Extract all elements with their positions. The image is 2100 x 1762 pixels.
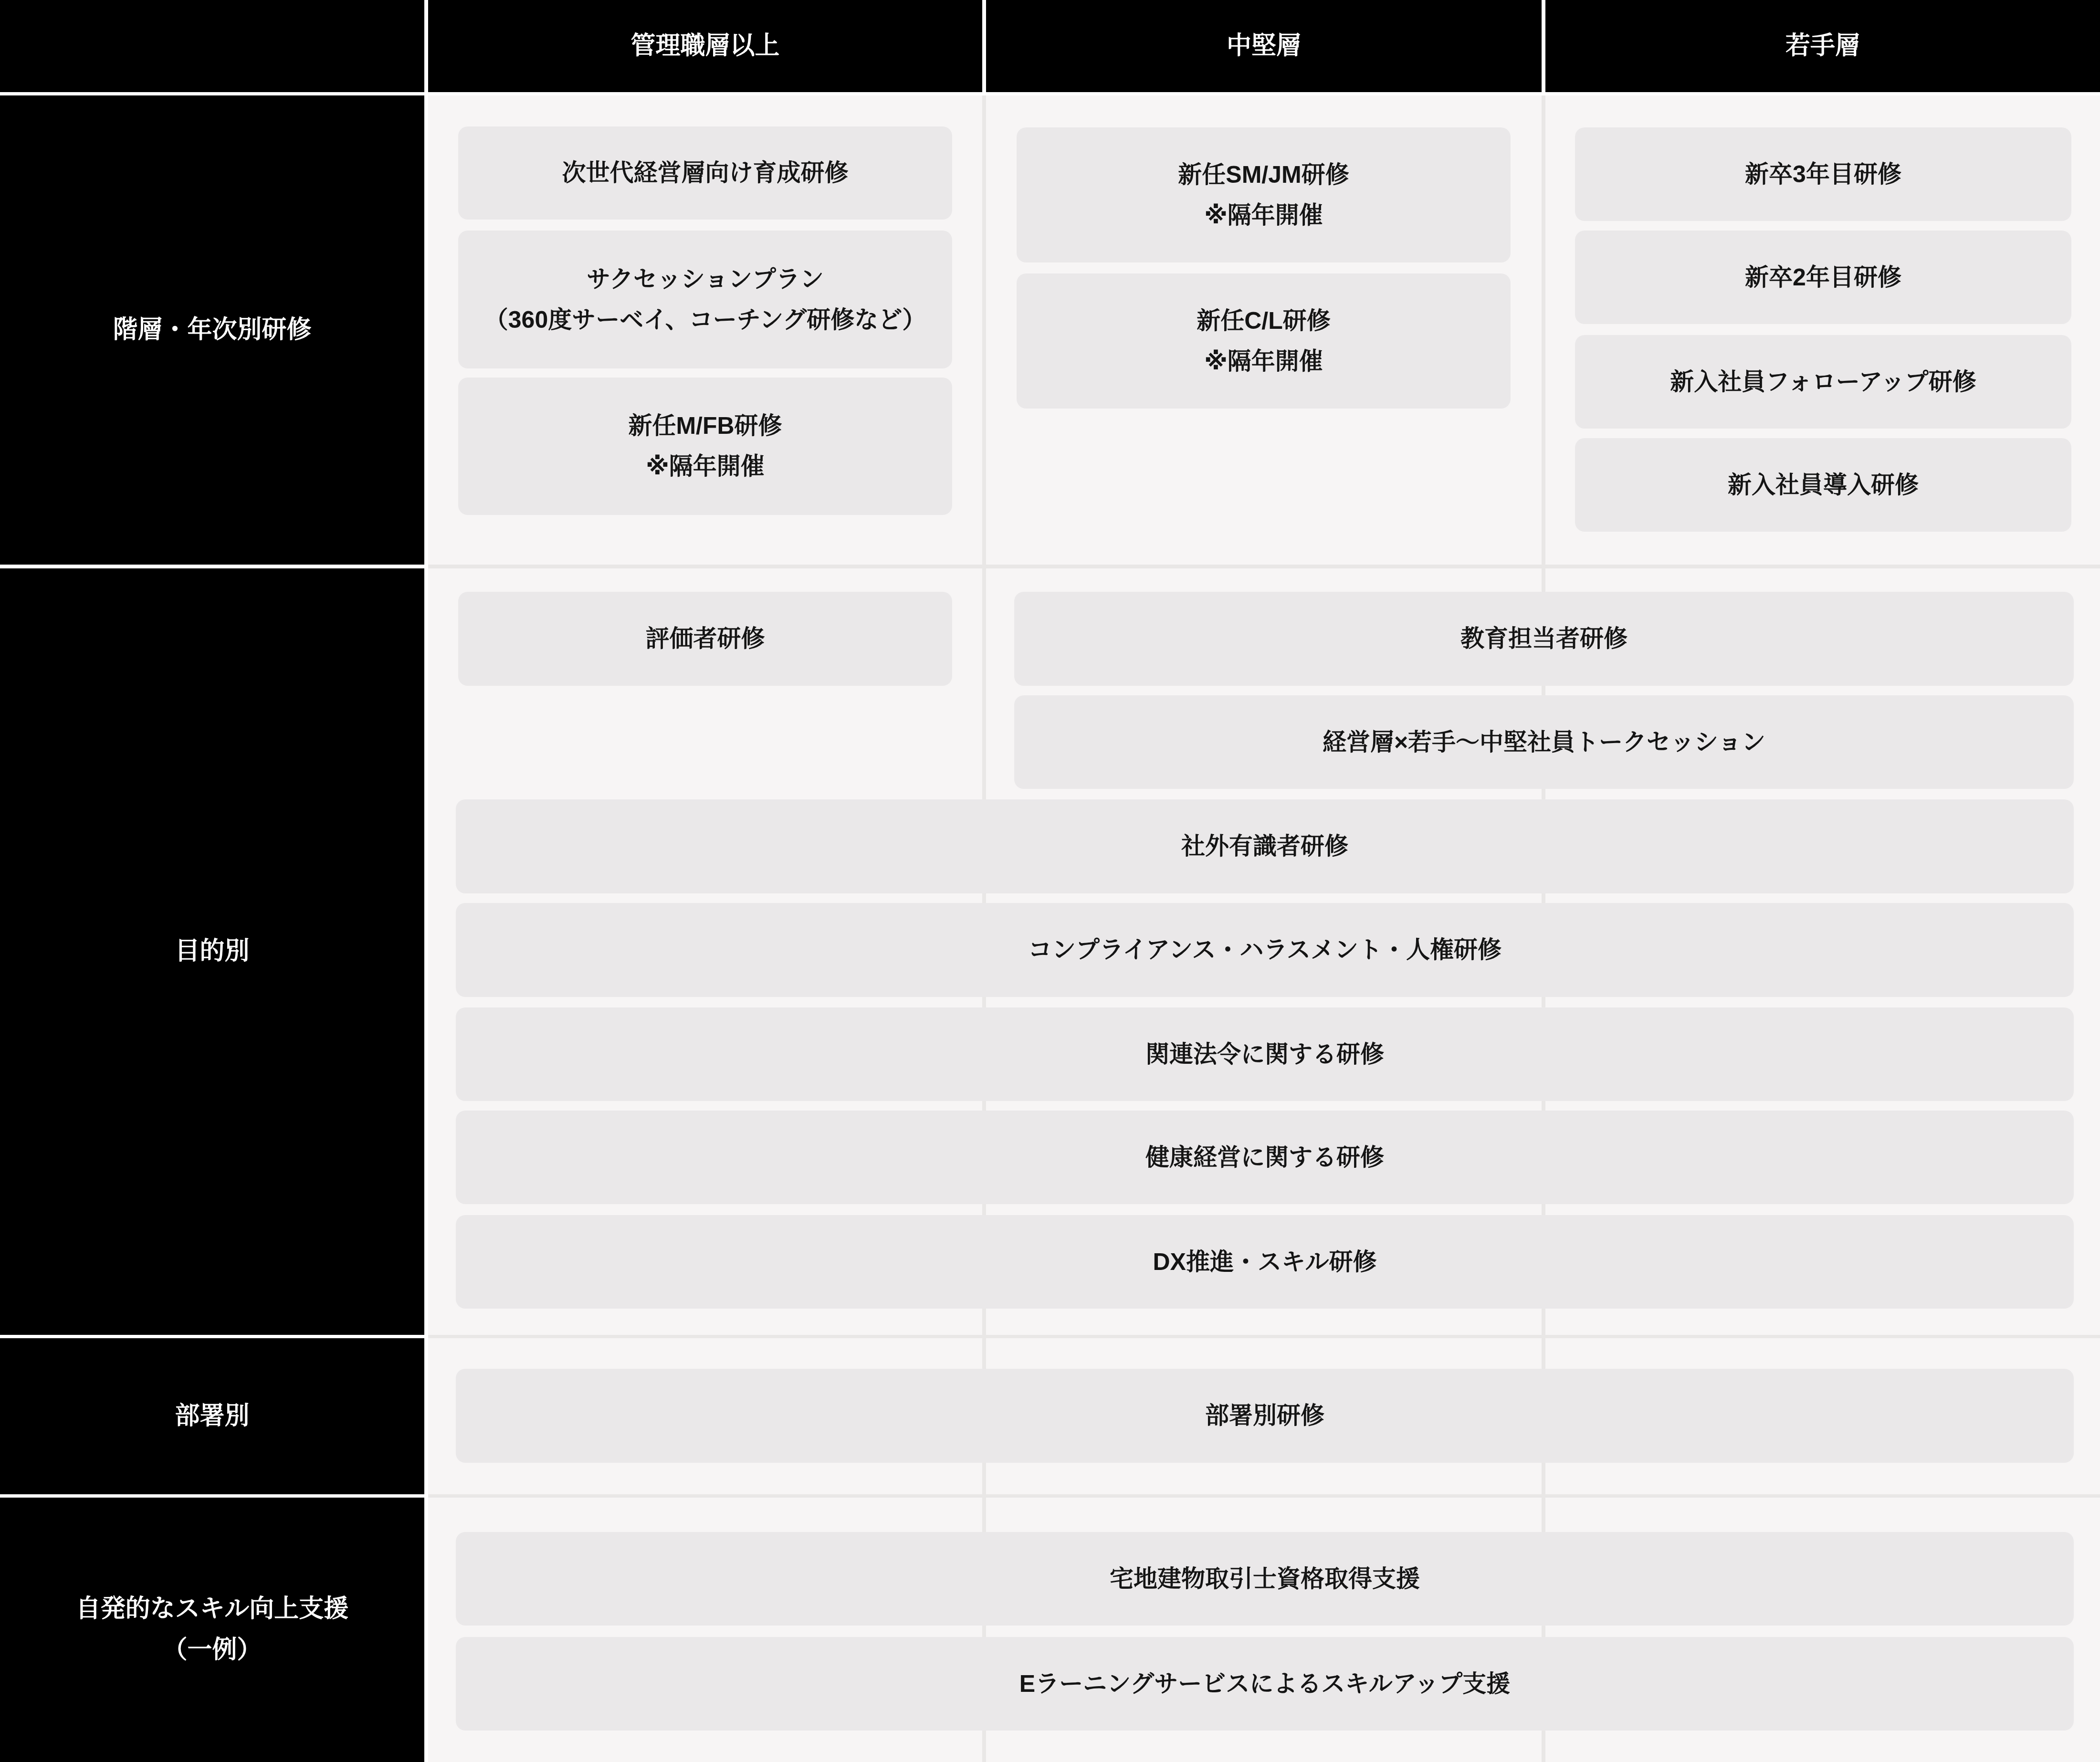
cell-text: 社外有識者研修 <box>1181 826 1348 867</box>
cell-dx-skill-training: DX推進・スキル研修 <box>456 1215 2074 1309</box>
column-header-management-label: 管理職層以上 <box>630 26 779 67</box>
cell-new-c-l-training: 新任C/L研修 ※隔年開催 <box>1017 273 1511 409</box>
cell-text: サクセッションプラン <box>587 259 824 300</box>
cell-text: コンプライアンス・ハラスメント・人権研修 <box>1028 930 1501 970</box>
cell-text: 新任SM/JM研修 <box>1178 155 1349 195</box>
cell-educator-training: 教育担当者研修 <box>1014 592 2074 686</box>
row-label-department-text: 部署別 <box>175 1396 249 1437</box>
cell-text: 新任M/FB研修 <box>628 406 782 446</box>
cell-text: 次世代経営層向け育成研修 <box>562 153 849 193</box>
cell-new-sm-jm-training: 新任SM/JM研修 ※隔年開催 <box>1017 127 1511 262</box>
cell-grad-year2-training: 新卒2年目研修 <box>1575 231 2071 324</box>
cell-grad-year3-training: 新卒3年目研修 <box>1575 127 2071 221</box>
row-grid-line-3 <box>428 1494 2100 1498</box>
cell-new-employee-intro-training: 新入社員導入研修 <box>1575 438 2071 532</box>
cell-department-training: 部署別研修 <box>456 1369 2074 1463</box>
column-header-mid-label: 中堅層 <box>1227 26 1301 67</box>
cell-text: ※隔年開催 <box>646 446 765 487</box>
cell-succession-plan: サクセッションプラン （360度サーベイ、コーチング研修など） <box>458 231 952 368</box>
cell-executive-talk-session: 経営層×若手～中堅社員トークセッション <box>1014 695 2074 789</box>
column-header-management: 管理職層以上 <box>428 0 982 92</box>
cell-text: 新任C/L研修 <box>1197 301 1331 341</box>
cell-new-employee-followup-training: 新入社員フォローアップ研修 <box>1575 335 2071 429</box>
row-label-voluntary: 自発的なスキル向上支援 （一例） <box>0 1498 424 1762</box>
cell-text: 経営層×若手～中堅社員トークセッション <box>1323 722 1765 763</box>
row-label-purpose: 目的別 <box>0 568 424 1335</box>
cell-text: 関連法令に関する研修 <box>1145 1034 1384 1075</box>
row-label-department: 部署別 <box>0 1338 424 1494</box>
cell-elearning-skill-support: Eラーニングサービスによるスキルアップ支援 <box>456 1637 2074 1731</box>
row-label-purpose-text: 目的別 <box>175 931 249 972</box>
cell-next-gen-executive-training: 次世代経営層向け育成研修 <box>458 126 952 220</box>
row-label-voluntary-text-line1: 自発的なスキル向上支援 <box>76 1589 348 1630</box>
column-header-young-label: 若手層 <box>1785 26 1860 67</box>
row-label-tier: 階層・年次別研修 <box>0 95 424 565</box>
cell-text: ※隔年開催 <box>1204 341 1323 382</box>
cell-text: 評価者研修 <box>646 619 765 659</box>
cell-new-m-fb-training: 新任M/FB研修 ※隔年開催 <box>458 378 952 515</box>
cell-health-management-training: 健康経営に関する研修 <box>456 1111 2074 1204</box>
cell-text: （360度サーベイ、コーチング研修など） <box>484 300 926 340</box>
cell-related-laws-training: 関連法令に関する研修 <box>456 1007 2074 1101</box>
column-header-young: 若手層 <box>1545 0 2100 92</box>
cell-evaluator-training: 評価者研修 <box>458 592 952 686</box>
cell-text: 新入社員導入研修 <box>1728 465 1919 505</box>
cell-text: 宅地建物取引士資格取得支援 <box>1110 1559 1420 1599</box>
row-grid-line-2 <box>428 1335 2100 1338</box>
cell-compliance-harassment-human-rights-training: コンプライアンス・ハラスメント・人権研修 <box>456 903 2074 997</box>
cell-text: 新卒3年目研修 <box>1745 154 1901 195</box>
cell-text: 新卒2年目研修 <box>1745 257 1901 298</box>
cell-text: Eラーニングサービスによるスキルアップ支援 <box>1019 1664 1510 1704</box>
row-label-voluntary-text-line2: （一例） <box>162 1630 262 1671</box>
cell-text: 教育担当者研修 <box>1460 619 1627 659</box>
cell-external-expert-training: 社外有識者研修 <box>456 799 2074 893</box>
corner-cell <box>0 0 424 92</box>
cell-takken-license-support: 宅地建物取引士資格取得支援 <box>456 1532 2074 1626</box>
cell-text: 部署別研修 <box>1205 1395 1324 1436</box>
cell-text: 新入社員フォローアップ研修 <box>1670 362 1976 402</box>
cell-text: ※隔年開催 <box>1204 195 1323 236</box>
cell-text: 健康経営に関する研修 <box>1145 1137 1384 1178</box>
column-header-mid: 中堅層 <box>986 0 1542 92</box>
training-system-diagram: 管理職層以上 中堅層 若手層 階層・年次別研修 目的別 部署別 自発的なスキル向… <box>0 0 2100 1762</box>
cell-text: DX推進・スキル研修 <box>1153 1242 1377 1282</box>
row-label-tier-text: 階層・年次別研修 <box>113 310 311 351</box>
row-grid-line-1 <box>428 565 2100 568</box>
